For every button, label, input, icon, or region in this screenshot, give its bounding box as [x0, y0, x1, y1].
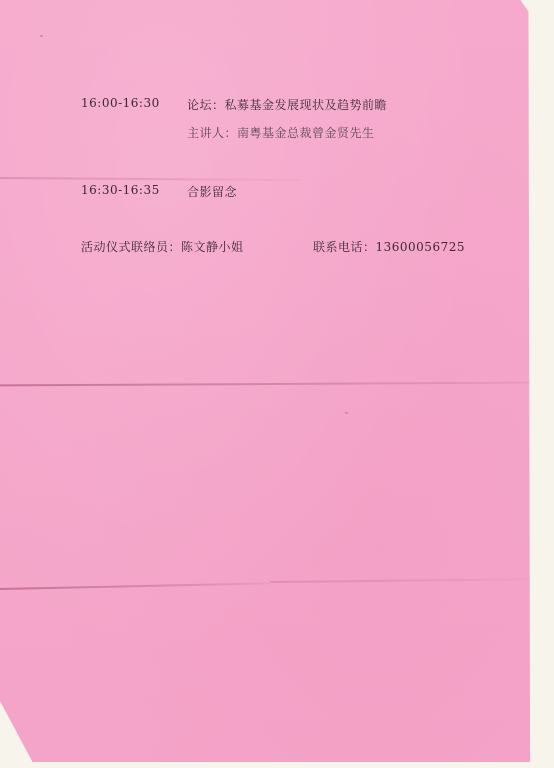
liaison-contact: 活动仪式联络员：陈文静小姐: [81, 238, 244, 255]
pink-paper-sheet: 16:00-16:30 论坛：私募基金发展现状及趋势前瞻 主讲人：南粤基金总裁曾…: [0, 0, 542, 762]
paper-speck: [345, 412, 348, 414]
schedule-title-1: 论坛：私募基金发展现状及趋势前瞻: [187, 96, 387, 113]
paper-speck: [40, 35, 43, 37]
fold-crease: [270, 578, 540, 583]
schedule-time-2: 16:30-16:35: [81, 183, 160, 197]
fold-crease: [0, 177, 300, 181]
schedule-title-2: 合影留念: [187, 183, 237, 200]
schedule-speaker-1: 主讲人：南粤基金总裁曾金贤先生: [187, 124, 375, 141]
fold-crease: [0, 582, 270, 590]
contact-phone: 联系电话：13600056725: [313, 238, 465, 255]
fold-crease: [0, 382, 540, 387]
schedule-time-1: 16:00-16:30: [81, 96, 160, 110]
